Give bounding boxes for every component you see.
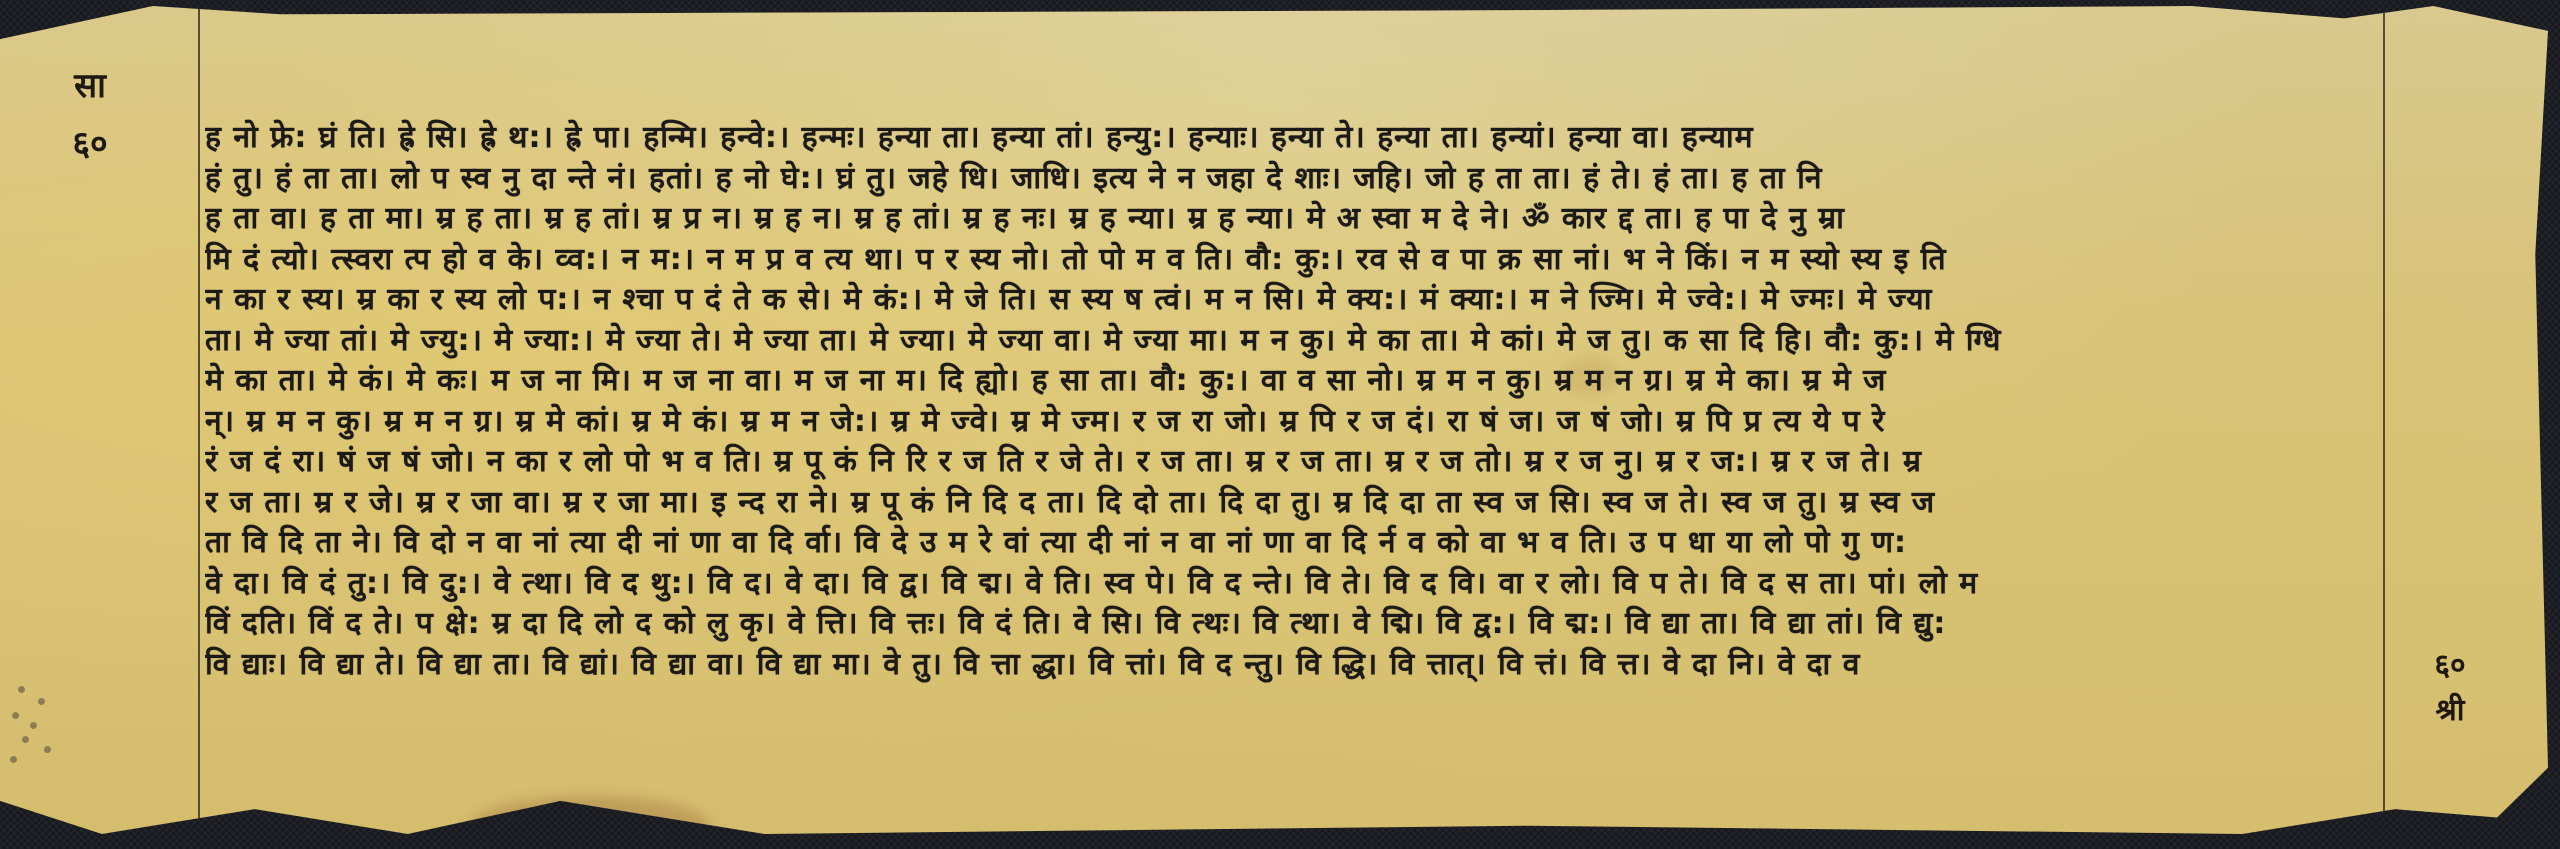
right-folio-number: ६० xyxy=(2405,646,2495,685)
text-line: वि द्याः। वि द्या ते। वि द्या ता। वि द्य… xyxy=(205,645,2375,686)
text-line: ह ता वा। ह ता मा। म्र ह ता। म्र ह तां। म… xyxy=(205,199,2375,240)
left-margin-rule xyxy=(198,6,200,834)
manuscript-leaf: सा ६० ६० श्री ह नो फ्रे: घ्रं ति। ह्रे स… xyxy=(0,6,2548,834)
text-line: मि दं त्यो। त्स्वरा त्प हो व के। व्व:। न… xyxy=(205,240,2375,281)
right-margin-mark: श्री xyxy=(2405,691,2495,730)
text-line: न का र स्य। म्र का र स्य लो प:। न श्चा प… xyxy=(205,280,2375,321)
right-margin-annotation: ६० श्री xyxy=(2405,646,2495,730)
left-margin-annotation: सा ६० xyxy=(55,64,125,166)
text-line: न्। म्र म न कु। म्र म न ग्र। म्र मे कां।… xyxy=(205,402,2375,443)
left-folio-number: ६० xyxy=(55,122,125,166)
text-line: ह नो फ्रे: घ्रं ति। ह्रे सि। ह्रे थ:। ह्… xyxy=(205,118,2375,159)
text-line: ता वि दि ता ने। वि दो न वा नां त्या दी न… xyxy=(205,523,2375,564)
text-line: र ज ता। म्र र जे। म्र र जा वा। म्र र जा … xyxy=(205,483,2375,524)
manuscript-text-block: ह नो फ्रे: घ्रं ति। ह्रे सि। ह्रे थ:। ह्… xyxy=(205,118,2375,685)
left-margin-label: सा xyxy=(55,64,125,108)
text-line: ता। मे ज्या तां। मे ज्यु:। मे ज्या:। मे … xyxy=(205,321,2375,362)
text-line: वे दा। वि दं तु:। वि दु:। वे त्था। वि द … xyxy=(205,564,2375,605)
right-margin-rule xyxy=(2383,6,2385,834)
text-line: विं दति। विं द ते। प क्षे: म्र दा दि लो … xyxy=(205,604,2375,645)
text-line: रं ज दं रा। षं ज षं जो। न का र लो पो भ व… xyxy=(205,442,2375,483)
text-line: मे का ता। मे कं। मे कः। म ज ना मि। म ज न… xyxy=(205,361,2375,402)
text-line: हं तु। हं ता ता। लो प स्व नु दा न्ते नं।… xyxy=(205,159,2375,200)
